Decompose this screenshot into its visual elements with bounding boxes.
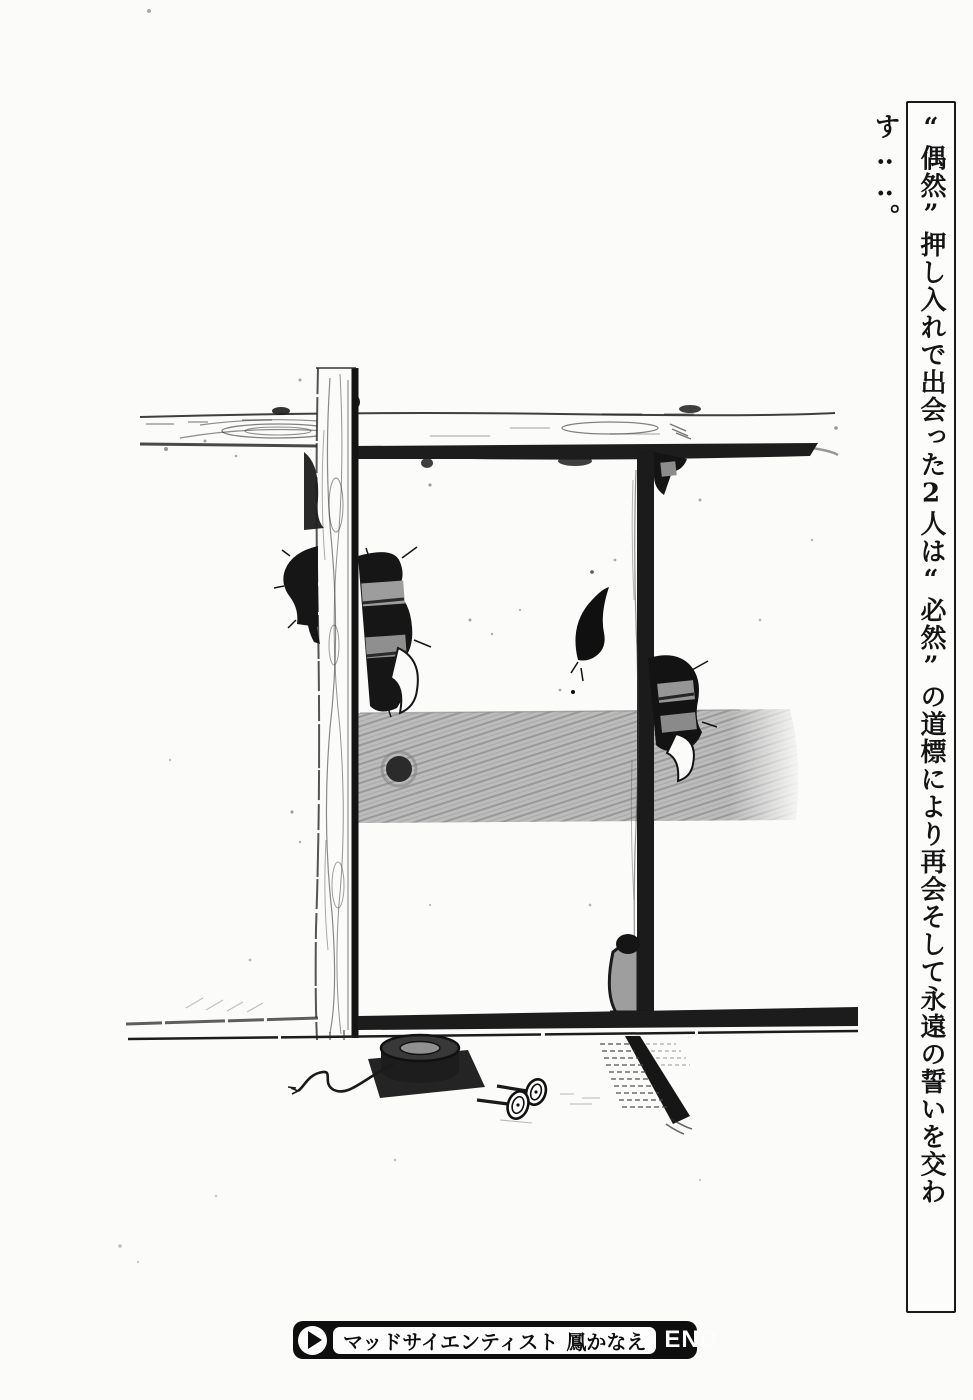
knot-hole	[386, 756, 412, 782]
baseboard	[126, 998, 858, 1040]
tape-roll	[288, 1035, 485, 1098]
pillar	[304, 366, 357, 1040]
author-name: 鳳かなえ	[566, 1326, 646, 1355]
stain-band	[358, 704, 805, 826]
series-title: マッドサイエンティスト	[343, 1326, 558, 1355]
manga-page: “偶然”押し入れで出会った2人は“必然”の道標により再会そして永遠の誓いを交わす…	[0, 0, 973, 1400]
torn-flap-leaf	[571, 570, 609, 694]
push-pin	[477, 1089, 532, 1122]
play-icon	[298, 1326, 327, 1355]
tatami-edge	[600, 1036, 692, 1134]
push-pins	[477, 1077, 600, 1123]
end-card-bar: マッドサイエンティスト 鳳かなえ END	[293, 1321, 697, 1359]
narration-caption: “偶然”押し入れで出会った2人は“必然”の道標により再会そして永遠の誓いを交わす…	[906, 101, 956, 1313]
artwork	[0, 0, 973, 1400]
end-label: END	[664, 1326, 718, 1354]
title-plate: マッドサイエンティスト 鳳かなえ	[333, 1327, 656, 1354]
play-triangle-icon	[308, 1331, 322, 1349]
torn-hole-pillar	[358, 547, 431, 717]
torn-blob-left	[274, 546, 320, 644]
beam	[140, 393, 838, 468]
